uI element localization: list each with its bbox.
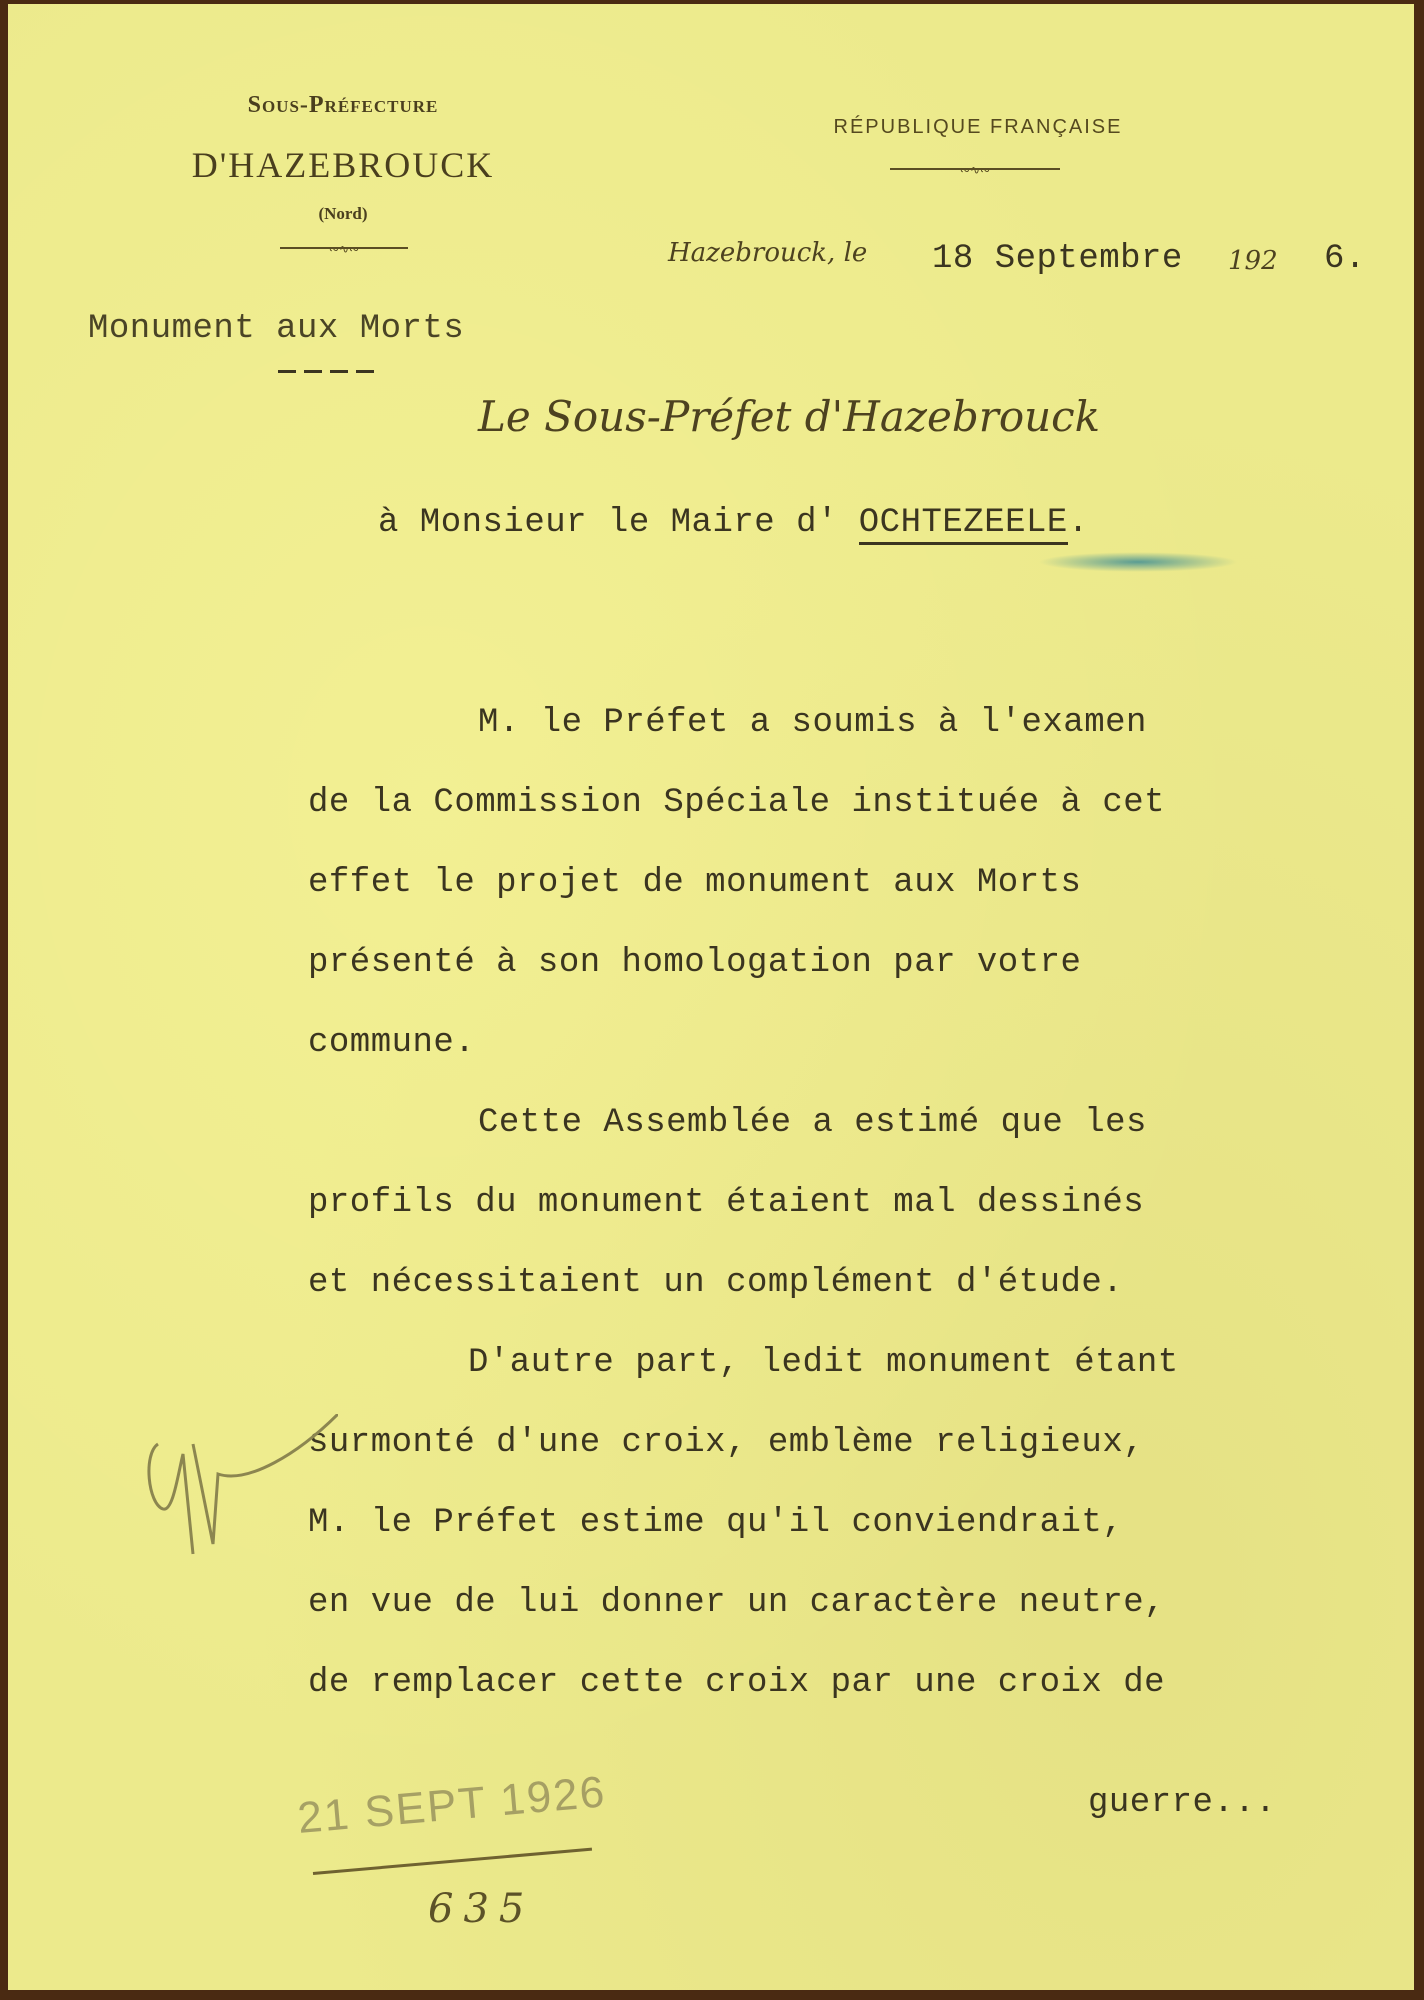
body-line: D'autre part, ledit monument étant [468,1344,1179,1382]
addressee-prefix: à Monsieur le Maire d' [378,504,838,542]
flourish-divider-icon: ∾∿∾ [280,247,408,249]
body-line: de la Commission Spéciale instituée à ce… [308,784,1165,822]
date-day-month: 18 Septembre [932,240,1183,278]
commune-name: OCHTEZEELE [859,504,1068,545]
handwritten-initials-icon [138,1414,338,1564]
registration-number: 635 [428,1886,534,1932]
body-line: Cette Assemblée a estimé que les [478,1104,1147,1142]
addressee-suffix: . [1068,504,1089,542]
blue-pencil-mark [1038,552,1238,572]
body-line: surmonté d'une croix, emblème religieux, [308,1424,1144,1462]
republic-heading: RÉPUBLIQUE FRANÇAISE [788,116,1168,139]
body-line: commune. [308,1024,475,1062]
date-year-digit: 6. [1324,240,1366,278]
sender-title: Le Sous-Préfet d'Hazebrouck [478,392,1100,441]
body-line: M. le Préfet a soumis à l'examen [478,704,1147,742]
body-line: effet le projet de monument aux Morts [308,864,1081,902]
letterhead-office: Sous-Préfecture [158,92,528,119]
addressee-line: à Monsieur le Maire d' OCHTEZEELE. [378,504,1089,542]
date-place: Hazebrouck, le [668,238,867,268]
body-line: de remplacer cette croix par une croix d… [308,1664,1165,1702]
body-line: profils du monument étaient mal dessinés [308,1184,1144,1222]
date-year-prefix: 192 [1228,246,1278,276]
letterhead-department: (Nord) [268,204,418,224]
stamp-underline [313,1848,592,1875]
subject-line: Monument aux Morts [88,310,464,348]
letter-page: Sous-Préfecture D'HAZEBROUCK (Nord) ∾∿∾ … [8,4,1414,1990]
body-line: en vue de lui donner un caractère neutre… [308,1584,1165,1622]
body-line: M. le Préfet estime qu'il conviendrait, [308,1504,1123,1542]
body-line: et nécessitaient un complément d'étude. [308,1264,1123,1302]
continuation-word: guerre... [1088,1784,1276,1822]
body-line: présenté à son homologation par votre [308,944,1081,982]
received-date-stamp: 21 SEPT 1926 [296,1767,609,1844]
letterhead-city: D'HAZEBROUCK [138,144,548,186]
flourish-divider-icon: ∾∿∾ [890,168,1060,170]
subject-underline [278,370,378,373]
